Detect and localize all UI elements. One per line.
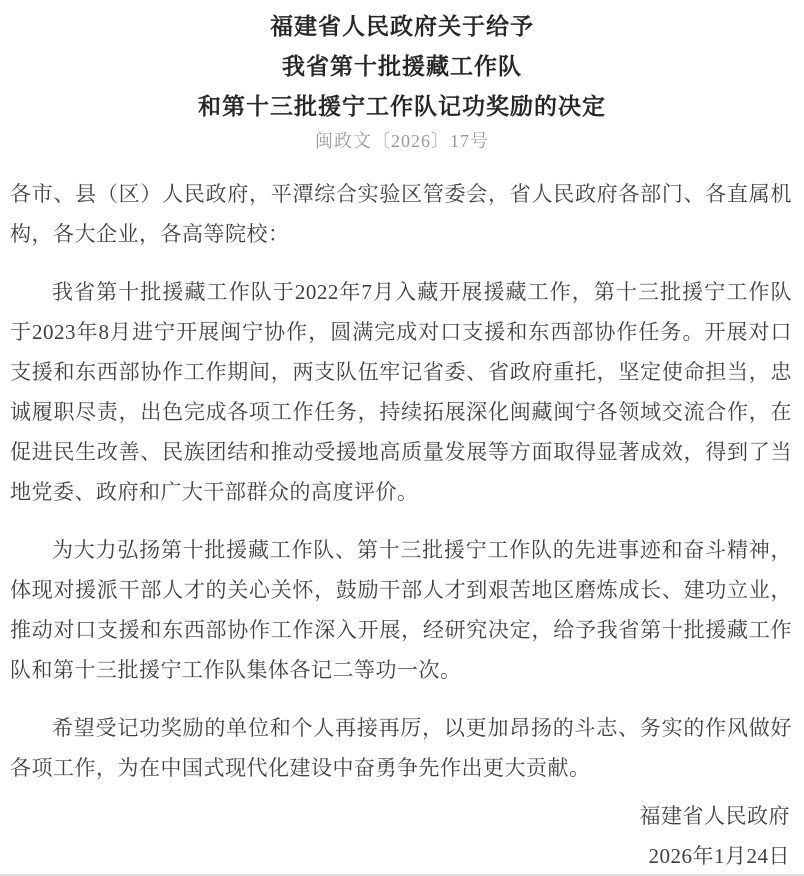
signature-block: 福建省人民政府 2026年1月24日 [0, 796, 804, 876]
document-number: 闽政文〔2026〕17号 [0, 130, 804, 152]
salutation: 各市、县（区）人民政府，平潭综合实验区管委会，省人民政府各部门、各直属机构，各大… [10, 174, 792, 254]
document-page: 福建省人民政府关于给予 我省第十批援藏工作队 和第十三批援宁工作队记功奖励的决定… [0, 0, 804, 876]
document-title: 福建省人民政府关于给予 我省第十批援藏工作队 和第十三批援宁工作队记功奖励的决定 [0, 0, 804, 126]
signature-org: 福建省人民政府 [0, 796, 790, 836]
title-line-3: 和第十三批援宁工作队记功奖励的决定 [0, 86, 804, 126]
paragraph-1: 我省第十批援藏工作队于2022年7月入藏开展援藏工作，第十三批援宁工作队于202… [10, 272, 792, 512]
title-line-1: 福建省人民政府关于给予 [0, 6, 804, 46]
document-body: 各市、县（区）人民政府，平潭综合实验区管委会，省人民政府各部门、各直属机构，各大… [0, 174, 804, 788]
paragraph-2: 为大力弘扬第十批援藏工作队、第十三批援宁工作队的先进事迹和奋斗精神，体现对援派干… [10, 530, 792, 690]
signature-date: 2026年1月24日 [0, 836, 790, 876]
title-line-2: 我省第十批援藏工作队 [0, 46, 804, 86]
paragraph-3: 希望受记功奖励的单位和个人再接再厉，以更加昂扬的斗志、务实的作风做好各项工作，为… [10, 708, 792, 788]
